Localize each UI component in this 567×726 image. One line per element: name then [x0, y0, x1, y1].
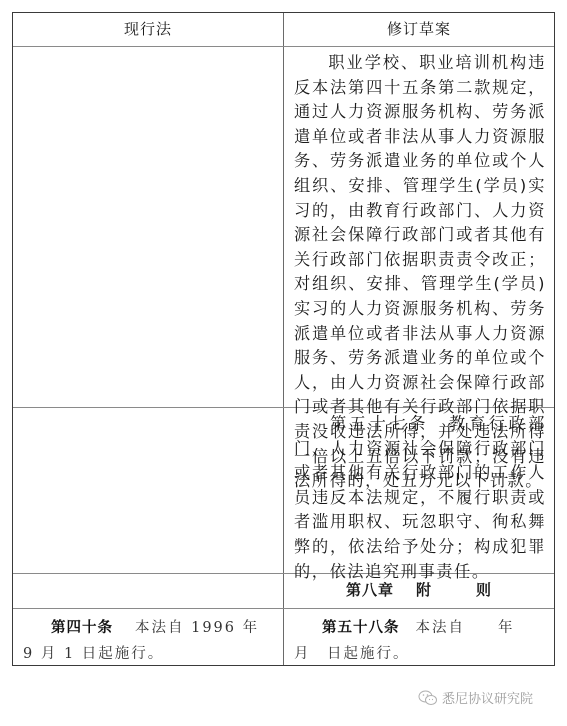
current-article-number: 第四十条	[51, 619, 113, 636]
table-row-chapter: 第八章附则	[13, 574, 554, 609]
chapter-word-2: 则	[476, 581, 492, 599]
watermark: 悉尼协议研究院	[418, 688, 533, 707]
table-row: 第五十七条教育行政部门、人力资源社会保障行政部门或者其他有关行政部门的工作人员违…	[13, 408, 554, 574]
table-row: 第四十条本法自 1996 年 9 月 1 日起施行。 第五十八条本法自 年月 日…	[13, 609, 554, 665]
chapter-word-1: 附	[416, 581, 432, 599]
draft-cell: 第五十七条教育行政部门、人力资源社会保障行政部门或者其他有关行政部门的工作人员违…	[284, 408, 554, 573]
table-header-row: 现行法 修订草案	[13, 13, 554, 47]
table-row: 职业学校、职业培训机构违反本法第四十五条第二款规定，通过人力资源服务机构、劳务派…	[13, 47, 554, 408]
watermark-label: 悉尼协议研究院	[442, 688, 533, 707]
header-current-law: 现行法	[13, 13, 284, 46]
header-draft-revision: 修订草案	[284, 13, 554, 46]
draft-text: 教育行政部门、人力资源社会保障行政部门或者其他有关行政部门的工作人员违反本法规定…	[294, 414, 546, 581]
chapter-heading: 第八章附则	[284, 574, 554, 608]
current-law-cell	[13, 47, 284, 407]
wechat-icon	[418, 690, 438, 706]
draft-text-line2: 月 日起施行。	[294, 646, 410, 662]
draft-article-number: 第五十七条	[328, 414, 429, 433]
comparison-table: 现行法 修订草案 职业学校、职业培训机构违反本法第四十五条第二款规定，通过人力资…	[12, 12, 555, 666]
draft-article-number: 第五十八条	[322, 619, 400, 636]
current-law-cell	[13, 574, 284, 608]
draft-cell: 职业学校、职业培训机构违反本法第四十五条第二款规定，通过人力资源服务机构、劳务派…	[284, 47, 554, 407]
current-law-cell	[13, 408, 284, 573]
chapter-number: 第八章	[346, 581, 394, 599]
draft-text-line1: 本法自 年	[416, 620, 515, 636]
draft-cell: 第五十八条本法自 年月 日起施行。	[284, 609, 554, 665]
current-law-cell: 第四十条本法自 1996 年 9 月 1 日起施行。	[13, 609, 284, 665]
